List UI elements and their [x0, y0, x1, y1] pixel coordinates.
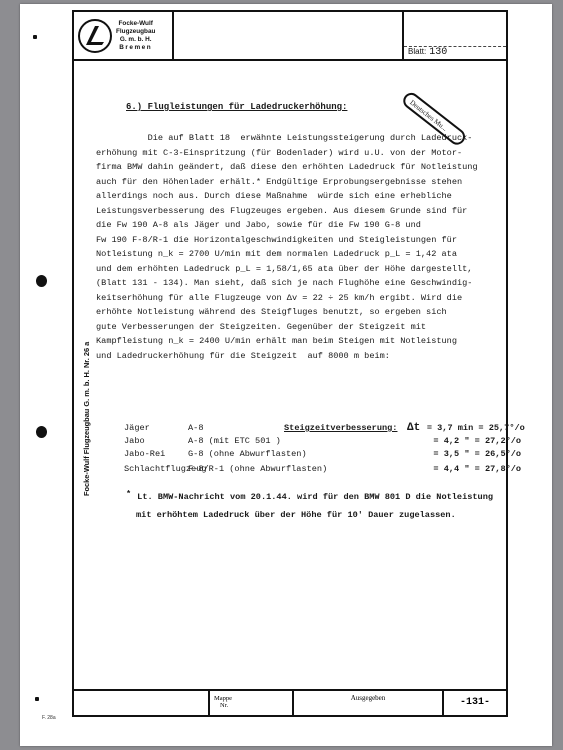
document-body: 6.) Flugleistungen für Ladedruckerhöhung…: [96, 102, 536, 363]
footnote: *Lt. BMW-Nachricht vom 20.1.44. wird für…: [126, 488, 493, 524]
paragraph-line: erhöhte Notleistung während des Steigflu…: [96, 305, 536, 320]
margin-company-text: Focke-Wulf Flugzeugbau G. m. b. H. Nr. 2…: [82, 342, 91, 496]
climb-time-improvement: Δt = 3,7 min = 25,7°/o: [407, 422, 525, 435]
aircraft-variant: F-8/R-1 (ohne Abwurflasten): [188, 462, 327, 477]
aircraft-role: Jabo-Rei: [124, 447, 194, 462]
table-heading: Steigzeitverbesserung:: [284, 422, 397, 435]
company-name: Focke-Wulf Flugzeugbau G. m. b. H. Breme…: [116, 20, 155, 52]
folder-number-field: Mappe Nr.: [210, 691, 294, 715]
paragraph-line: Kampfleistung n_k = 2400 U/min erhält ma…: [96, 334, 536, 349]
document-page: Focke-Wulf Flugzeugbau G. m. b. H. Breme…: [20, 4, 552, 746]
scan-speck: [33, 35, 37, 39]
header-title-field: [174, 12, 404, 59]
aircraft-role: Schlachtflugzeug: [124, 462, 194, 477]
company-logo-block: Focke-Wulf Flugzeugbau G. m. b. H. Breme…: [74, 12, 174, 59]
aircraft-role: Jabo: [124, 435, 194, 448]
footer-empty-field: [74, 691, 210, 715]
sheet-number: Blatt:130: [408, 47, 447, 58]
paragraph-line: allerdings noch aus. Durch diese Maßnahm…: [96, 189, 536, 204]
paragraph-line: Notleistung n_k = 2700 U/min mit dem nor…: [96, 247, 536, 262]
paragraph-line: die Fw 190 A-8 als Jäger und Jabo, sowie…: [96, 218, 536, 233]
punch-hole-icon: [36, 426, 47, 438]
climb-time-improvement: = 4,4 " = 27,8°/o: [407, 462, 521, 477]
header-block: Focke-Wulf Flugzeugbau G. m. b. H. Breme…: [74, 12, 506, 61]
paragraph-line: auch für den Höhenlader erhält.* Endgült…: [96, 175, 536, 190]
footer-block: Mappe Nr. Ausgegeben -131-: [74, 689, 506, 715]
footnote-mark: *: [126, 489, 131, 499]
aircraft-role: Jäger: [124, 422, 194, 435]
body-paragraph: Die auf Blatt 18 erwähnte Leistungssteig…: [96, 131, 536, 363]
aircraft-variant: A-8 (mit ETC 501 ): [188, 435, 281, 448]
paragraph-line: gute Verbesserungen der Steigzeiten. Geg…: [96, 320, 536, 335]
sheet-field: Blatt:130: [404, 12, 506, 59]
paragraph-line: Fw 190 F-8/R-1 die Horizontalgeschwindig…: [96, 233, 536, 248]
paragraph-line: und dem erhöhten Ladedruck p_L = 1,58/1,…: [96, 262, 536, 277]
aircraft-variant: A-8: [188, 422, 203, 435]
paragraph-line: (Blatt 131 - 134). Man sieht, daß sich j…: [96, 276, 536, 291]
form-number: F. 28a: [42, 715, 56, 721]
punch-hole-icon: [36, 275, 47, 287]
paragraph-line: firma BMW dahin geändert, daß diese den …: [96, 160, 536, 175]
aircraft-variant: G-8 (ohne Abwurflasten): [188, 447, 307, 462]
paragraph-line: und Ladedruckerhöhung für die Steigzeit …: [96, 349, 536, 364]
issued-field: Ausgegeben: [294, 691, 444, 715]
section-title: 6.) Flugleistungen für Ladedruckerhöhung…: [126, 102, 536, 112]
paragraph-line: Die auf Blatt 18 erwähnte Leistungssteig…: [96, 131, 536, 146]
scan-speck: [35, 697, 39, 701]
climb-time-improvement: = 4,2 " = 27,2°/o: [407, 435, 521, 448]
page-number: -131-: [444, 691, 506, 715]
paragraph-line: keitserhöhung für alle Flugzeuge von Δv …: [96, 291, 536, 306]
focke-wulf-logo-icon: [78, 19, 112, 53]
climb-time-improvement: = 3,5 " = 26,5°/o: [407, 447, 521, 462]
paragraph-line: Leistungsverbesserung des Flugzeuges erg…: [96, 204, 536, 219]
paragraph-line: erhöhung mit C-3-Einspritzung (für Boden…: [96, 146, 536, 161]
